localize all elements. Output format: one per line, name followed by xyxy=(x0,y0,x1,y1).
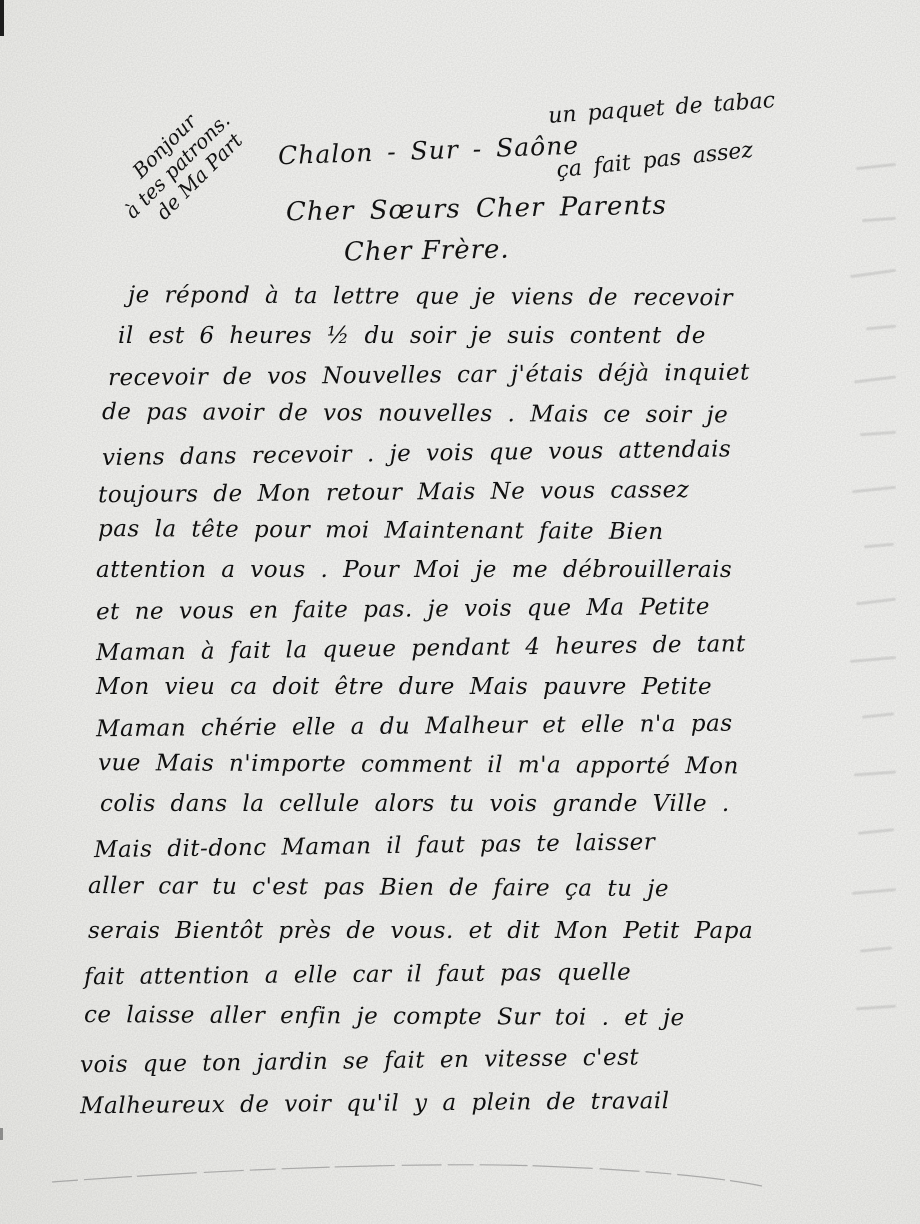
bleedthrough-mark xyxy=(862,712,894,718)
scan-edge-mark xyxy=(0,1128,3,1140)
bleedthrough-mark xyxy=(856,1005,896,1011)
handwriting-line: il est 6 heures ½ du soir je suis conten… xyxy=(118,317,836,356)
handwriting-line: colis dans la cellule alors tu vois gran… xyxy=(100,785,836,824)
tobacco-note-line-2: ça fait pas assez xyxy=(555,138,754,183)
handwriting-line: vue Mais n'importe comment il m'a apport… xyxy=(98,744,836,787)
bleedthrough-mark xyxy=(850,656,896,663)
scanned-letter-page: Bonjour à tes patrons. de Ma Part Chalon… xyxy=(0,0,920,1224)
handwriting-line: toujours de Mon retour Mais Ne vous cass… xyxy=(98,470,836,515)
salutation-line-1: Cher Sœurs Cher Parents xyxy=(286,191,667,228)
tobacco-note-line-1: un paquet de tabac xyxy=(547,88,775,129)
bleedthrough-mark xyxy=(854,771,896,777)
handwriting-line: recevoir de vos Nouvelles car j'étais dé… xyxy=(108,353,836,398)
handwriting-line: ce laisse aller enfin je compte Sur toi … xyxy=(84,994,836,1041)
bleedthrough-mark xyxy=(860,431,896,437)
bleedthrough-mark xyxy=(856,163,896,170)
bleedthrough-mark xyxy=(852,486,896,494)
letter-body: je répond à ta lettre que je viens de re… xyxy=(96,278,836,1125)
handwriting-line: pas la tête pour moi Maintenant faite Bi… xyxy=(98,510,836,553)
bleedthrough-mark xyxy=(860,946,892,952)
scan-edge-mark xyxy=(0,0,4,36)
bleedthrough-mark xyxy=(858,828,894,835)
bleedthrough-mark xyxy=(850,269,896,278)
handwriting-line: attention a vous . Pour Moi je me débrou… xyxy=(96,551,836,590)
handwriting-line: aller car tu c'est pas Bien de faire ça … xyxy=(88,865,836,912)
corner-note: Bonjour à tes patrons. de Ma Part xyxy=(97,78,266,247)
handwriting-line: Malheureux de voir qu'il y a plein de tr… xyxy=(80,1079,836,1129)
bleedthrough-mark xyxy=(852,888,896,895)
salutation-line-2: Cher Frère. xyxy=(344,235,510,268)
bleedthrough-mark xyxy=(864,543,894,549)
bleedthrough-mark xyxy=(854,375,896,383)
handwriting-line: Maman chérie elle a du Malheur et elle n… xyxy=(96,704,836,749)
bleedthrough-mark xyxy=(866,325,896,331)
handwriting-line: serais Bientôt près de vous. et dit Mon … xyxy=(88,910,836,953)
bleedthrough-mark xyxy=(856,598,896,606)
handwriting-line: Mais dit-donc Maman il faut pas te laiss… xyxy=(94,819,837,872)
handwriting-line: fait attention a elle car il faut pas qu… xyxy=(84,950,836,1000)
handwriting-line: je répond à ta lettre que je viens de re… xyxy=(128,276,836,319)
handwriting-line: Mon vieu ca doit être dure Mais pauvre P… xyxy=(96,668,836,707)
place-line: Chalon - Sur - Saône xyxy=(278,131,580,170)
bleedthrough-mark xyxy=(862,217,896,222)
